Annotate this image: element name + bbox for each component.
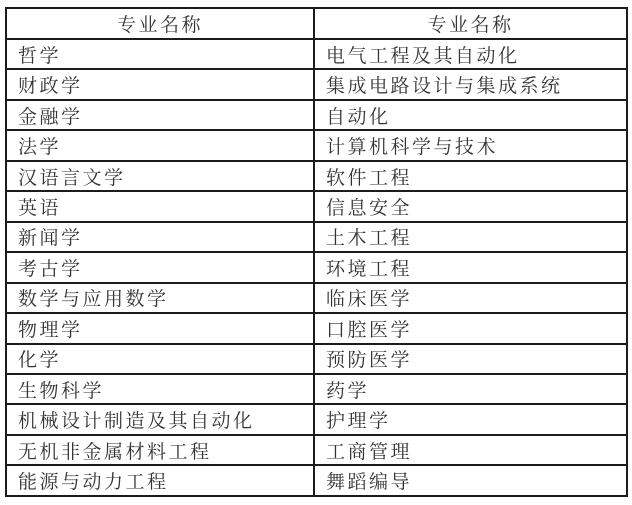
table-body: 哲学电气工程及其自动化财政学集成电路设计与集成系统金融学自动化法学计算机科学与技… [6, 39, 627, 496]
major-cell: 集成电路设计与集成系统 [314, 69, 627, 99]
header-row: 专业名称 专业名称 [6, 8, 627, 39]
table-row: 机械设计制造及其自动化护理学 [6, 404, 627, 434]
major-cell: 土木工程 [314, 222, 627, 252]
major-cell: 药学 [314, 374, 627, 404]
major-cell: 能源与动力工程 [6, 465, 314, 496]
major-cell: 物理学 [6, 313, 314, 343]
table-row: 生物科学药学 [6, 374, 627, 404]
table-row: 法学计算机科学与技术 [6, 130, 627, 160]
document-page: 专业名称 专业名称 哲学电气工程及其自动化财政学集成电路设计与集成系统金融学自动… [0, 0, 632, 505]
table-row: 数学与应用数学临床医学 [6, 283, 627, 313]
major-cell: 哲学 [6, 39, 314, 69]
major-cell: 机械设计制造及其自动化 [6, 404, 314, 434]
table-row: 新闻学土木工程 [6, 222, 627, 252]
major-cell: 生物科学 [6, 374, 314, 404]
major-cell: 预防医学 [314, 344, 627, 374]
table-row: 无机非金属材料工程工商管理 [6, 435, 627, 465]
major-cell: 自动化 [314, 100, 627, 130]
table-row: 考古学环境工程 [6, 252, 627, 282]
table-row: 物理学口腔医学 [6, 313, 627, 343]
major-cell: 信息安全 [314, 191, 627, 221]
major-cell: 新闻学 [6, 222, 314, 252]
major-cell: 化学 [6, 344, 314, 374]
major-cell: 英语 [6, 191, 314, 221]
major-cell: 数学与应用数学 [6, 283, 314, 313]
table-row: 能源与动力工程舞蹈编导 [6, 465, 627, 496]
major-cell: 汉语言文学 [6, 161, 314, 191]
major-cell: 考古学 [6, 252, 314, 282]
table-row: 财政学集成电路设计与集成系统 [6, 69, 627, 99]
major-cell: 临床医学 [314, 283, 627, 313]
major-cell: 计算机科学与技术 [314, 130, 627, 160]
major-cell: 法学 [6, 130, 314, 160]
major-cell: 金融学 [6, 100, 314, 130]
major-cell: 软件工程 [314, 161, 627, 191]
major-cell: 舞蹈编导 [314, 465, 627, 496]
major-cell: 环境工程 [314, 252, 627, 282]
major-cell: 护理学 [314, 404, 627, 434]
major-cell: 财政学 [6, 69, 314, 99]
table-row: 化学预防医学 [6, 344, 627, 374]
table-row: 英语信息安全 [6, 191, 627, 221]
table-row: 金融学自动化 [6, 100, 627, 130]
major-cell: 无机非金属材料工程 [6, 435, 314, 465]
column-header-right: 专业名称 [314, 8, 627, 39]
majors-table: 专业名称 专业名称 哲学电气工程及其自动化财政学集成电路设计与集成系统金融学自动… [5, 7, 628, 497]
table-row: 汉语言文学软件工程 [6, 161, 627, 191]
column-header-left: 专业名称 [6, 8, 314, 39]
major-cell: 电气工程及其自动化 [314, 39, 627, 69]
table-row: 哲学电气工程及其自动化 [6, 39, 627, 69]
major-cell: 工商管理 [314, 435, 627, 465]
major-cell: 口腔医学 [314, 313, 627, 343]
